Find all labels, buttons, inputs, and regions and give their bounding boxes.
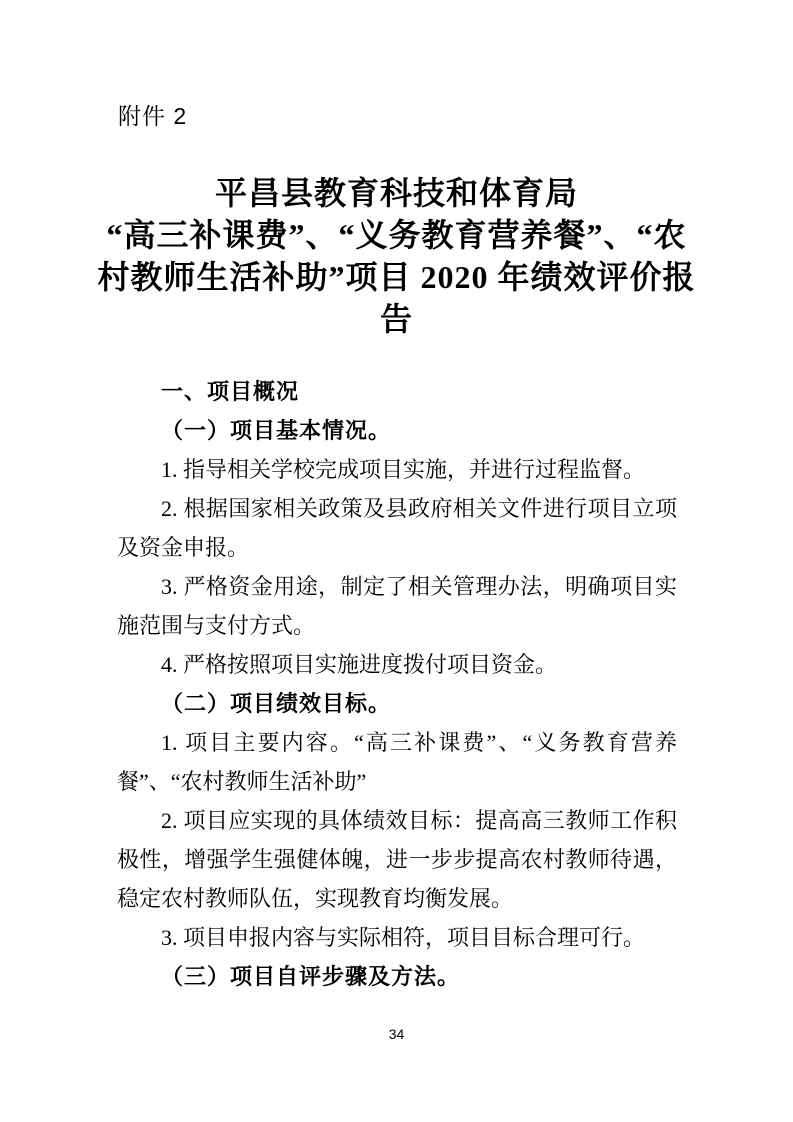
document-title-line: “高三补课费”、“义务教育营养餐”、“农 xyxy=(0,214,793,256)
document-title-line: 告 xyxy=(0,298,793,340)
document-title: 平昌县教育科技和体育局 “高三补课费”、“义务教育营养餐”、“农 村教师生活补助… xyxy=(0,172,793,340)
paragraph: 1. 项目主要内容。“高三补课费”、“义务教育营养餐”、“农村教师生活补助” xyxy=(117,723,677,801)
document-body: 一、项目概况 （一）项目基本情况。 1. 指导相关学校完成项目实施，并进行过程监… xyxy=(117,372,677,996)
subsection-heading: （一）项目基本情况。 xyxy=(117,411,677,450)
document-title-line: 村教师生活补助”项目 2020 年绩效评价报 xyxy=(0,256,793,298)
paragraph: 3. 严格资金用途，制定了相关管理办法，明确项目实施范围与支付方式。 xyxy=(117,567,677,645)
subsection-heading: （二）项目绩效目标。 xyxy=(117,684,677,723)
paragraph: 2. 项目应实现的具体绩效目标：提高高三教师工作积极性，增强学生强健体魄，进一步… xyxy=(117,801,677,918)
document-page: 附件 2 平昌县教育科技和体育局 “高三补课费”、“义务教育营养餐”、“农 村教… xyxy=(0,0,793,1122)
attachment-label: 附件 2 xyxy=(118,98,187,131)
section-heading: 一、项目概况 xyxy=(117,372,677,411)
paragraph: 4. 严格按照项目实施进度拨付项目资金。 xyxy=(117,645,677,684)
paragraph: 2. 根据国家相关政策及县政府相关文件进行项目立项及资金申报。 xyxy=(117,489,677,567)
subsection-heading: （三）项目自评步骤及方法。 xyxy=(117,957,677,996)
paragraph: 3. 项目申报内容与实际相符，项目目标合理可行。 xyxy=(117,918,677,957)
page-number: 34 xyxy=(0,1026,793,1042)
document-title-line: 平昌县教育科技和体育局 xyxy=(0,172,793,214)
paragraph: 1. 指导相关学校完成项目实施，并进行过程监督。 xyxy=(117,450,677,489)
